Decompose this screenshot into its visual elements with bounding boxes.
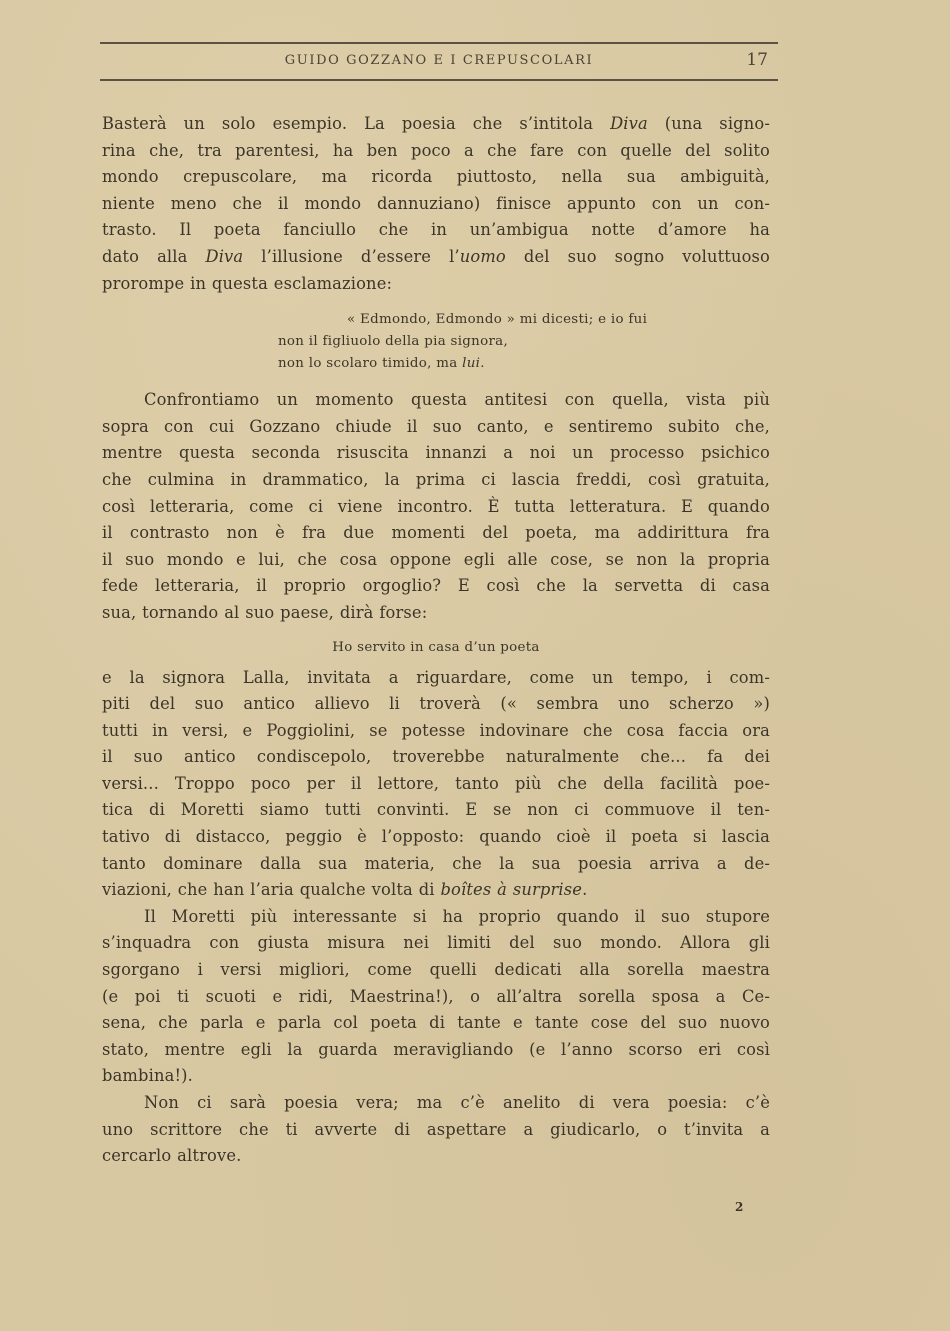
verse-quotation: Ho servito in casa d’un poeta: [102, 637, 770, 659]
paragraph: Confrontiamo un momento questa antitesi …: [102, 387, 770, 626]
body-text: Basterà un solo esempio. La poesia che s…: [102, 111, 770, 1170]
text-line: sua, tornando al suo paese, dirà forse:: [102, 600, 770, 627]
book-page: GUIDO GOZZANO E I CREPUSCOLARI 17 Baster…: [100, 0, 778, 1331]
text-line: così letteraria, come ci viene incontro.…: [102, 494, 770, 521]
text-line: stato, mentre egli la guarda meraviglian…: [102, 1037, 770, 1064]
text-line: sgorgano i versi migliori, come quelli d…: [102, 957, 770, 984]
paragraph: Il Moretti più interessante si ha propri…: [102, 904, 770, 1090]
italic-text: boîtes à surprise: [440, 880, 582, 899]
text-line: sopra con cui Gozzano chiude il suo cant…: [102, 414, 770, 441]
text-line: e la signora Lalla, invitata a riguardar…: [102, 665, 770, 692]
text-line: Confrontiamo un momento questa antitesi …: [102, 387, 770, 414]
text-line: tativo di distacco, peggio è l’opposto: …: [102, 824, 770, 851]
italic-text: Diva: [206, 247, 244, 266]
text-line: il contrasto non è fra due momenti del p…: [102, 520, 770, 547]
signature-mark: 2: [735, 1200, 743, 1214]
text-line: il suo mondo e lui, che cosa oppone egli…: [102, 547, 770, 574]
verse-line: non lo scolaro timido, ma lui.: [278, 353, 770, 375]
verse-line: non il figliuolo della pia signora,: [278, 331, 770, 353]
text-line: piti del suo antico allievo li troverà (…: [102, 691, 770, 718]
text-line: trasto. Il poeta fanciullo che in un’amb…: [102, 217, 770, 244]
text-line: rina che, tra parentesi, ha ben poco a c…: [102, 138, 770, 165]
italic-text: Diva: [610, 114, 648, 133]
text-line: Il Moretti più interessante si ha propri…: [102, 904, 770, 931]
italic-text: uomo: [460, 247, 506, 266]
text-line: sena, che parla e parla col poeta di tan…: [102, 1010, 770, 1037]
paragraph: e la signora Lalla, invitata a riguardar…: [102, 665, 770, 904]
text-line: viazioni, che han l’aria qualche volta d…: [102, 877, 770, 904]
header-rule-bottom: [100, 79, 778, 81]
running-head: GUIDO GOZZANO E I CREPUSCOLARI 17: [100, 50, 778, 72]
text-line: fede letteraria, il proprio orgoglio? E …: [102, 573, 770, 600]
page-number: 17: [746, 50, 768, 70]
text-line: tanto dominare dalla sua materia, che la…: [102, 851, 770, 878]
text-line: (e poi ti scuoti e ridi, Maestrina!), o …: [102, 984, 770, 1011]
text-line: Non ci sarà poesia vera; ma c’è anelito …: [102, 1090, 770, 1117]
paragraph: Non ci sarà poesia vera; ma c’è anelito …: [102, 1090, 770, 1170]
text-line: tica di Moretti siamo tutti convinti. E …: [102, 797, 770, 824]
text-line: niente meno che il mondo dannuziano) fin…: [102, 191, 770, 218]
text-line: tutti in versi, e Poggiolini, se potesse…: [102, 718, 770, 745]
text-line: uno scrittore che ti avverte di aspettar…: [102, 1117, 770, 1144]
text-line: il suo antico condiscepolo, troverebbe n…: [102, 744, 770, 771]
paragraph: Basterà un solo esempio. La poesia che s…: [102, 111, 770, 297]
text-line: s’inquadra con giusta misura nei limiti …: [102, 930, 770, 957]
verse-line: Ho servito in casa d’un poeta: [102, 637, 770, 659]
verse-quotation: « Edmondo, Edmondo » mi dicesti; e io fu…: [102, 309, 770, 375]
italic-text: lui: [462, 356, 480, 371]
verse-line: « Edmondo, Edmondo » mi dicesti; e io fu…: [278, 309, 770, 331]
text-line: cercarlo altrove.: [102, 1143, 770, 1170]
text-line: bambina!).: [102, 1063, 770, 1090]
text-line: versi... Troppo poco per il lettore, tan…: [102, 771, 770, 798]
text-line: dato alla Diva l’illusione d’essere l’uo…: [102, 244, 770, 271]
text-line: mondo crepuscolare, ma ricorda piuttosto…: [102, 164, 770, 191]
header-rule-top: [100, 42, 778, 44]
text-line: che culmina in drammatico, la prima ci l…: [102, 467, 770, 494]
text-line: mentre questa seconda risuscita innanzi …: [102, 440, 770, 467]
text-line: Basterà un solo esempio. La poesia che s…: [102, 111, 770, 138]
text-line: prorompe in questa esclamazione:: [102, 271, 770, 298]
running-title: GUIDO GOZZANO E I CREPUSCOLARI: [100, 53, 778, 68]
